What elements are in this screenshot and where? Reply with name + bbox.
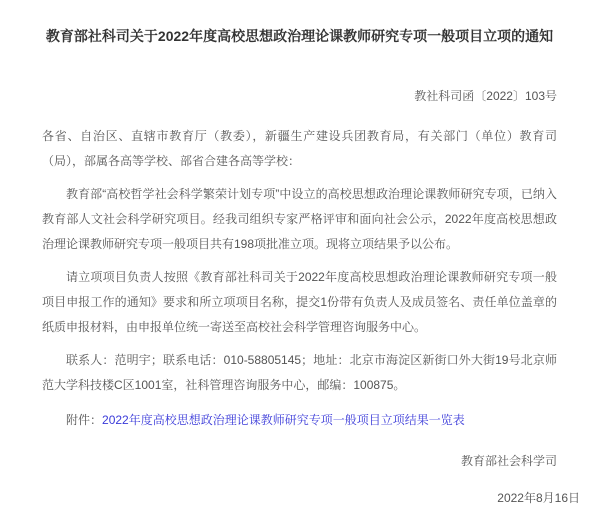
notice-title: 教育部社科司关于2022年度高校思想政治理论课教师研究专项一般项目立项的通知 [42, 26, 557, 46]
doc-number: 教社科司函〔2022〕103号 [42, 84, 557, 109]
salutation: 各省、自治区、直辖市教育厅（教委），新疆生产建设兵团教育局，有关部门（单位）教育… [42, 124, 557, 174]
attachment-line: 附件：2022年度高校思想政治理论课教师研究专项一般项目立项结果一览表 [42, 408, 557, 433]
issuer-signature: 教育部社会科学司 [42, 449, 557, 474]
paragraph-submission-instructions: 请立项项目负责人按照《教育部社科司关于2022年度高校思想政治理论课教师研究专项… [42, 265, 557, 340]
issue-date: 2022年8月16日 [42, 486, 580, 511]
paragraph-project-approval: 教育部“高校哲学社会科学繁荣计划专项”中设立的高校思想政治理论课教师研究专项，已… [42, 182, 557, 257]
attachment-label: 附件： [66, 413, 102, 427]
attachment-link[interactable]: 2022年度高校思想政治理论课教师研究专项一般项目立项结果一览表 [102, 413, 465, 427]
paragraph-contact-info: 联系人：范明宇；联系电话：010-58805145；地址：北京市海淀区新街口外大… [42, 348, 557, 398]
notice-document: 教育部社科司关于2022年度高校思想政治理论课教师研究专项一般项目立项的通知 教… [0, 0, 600, 516]
